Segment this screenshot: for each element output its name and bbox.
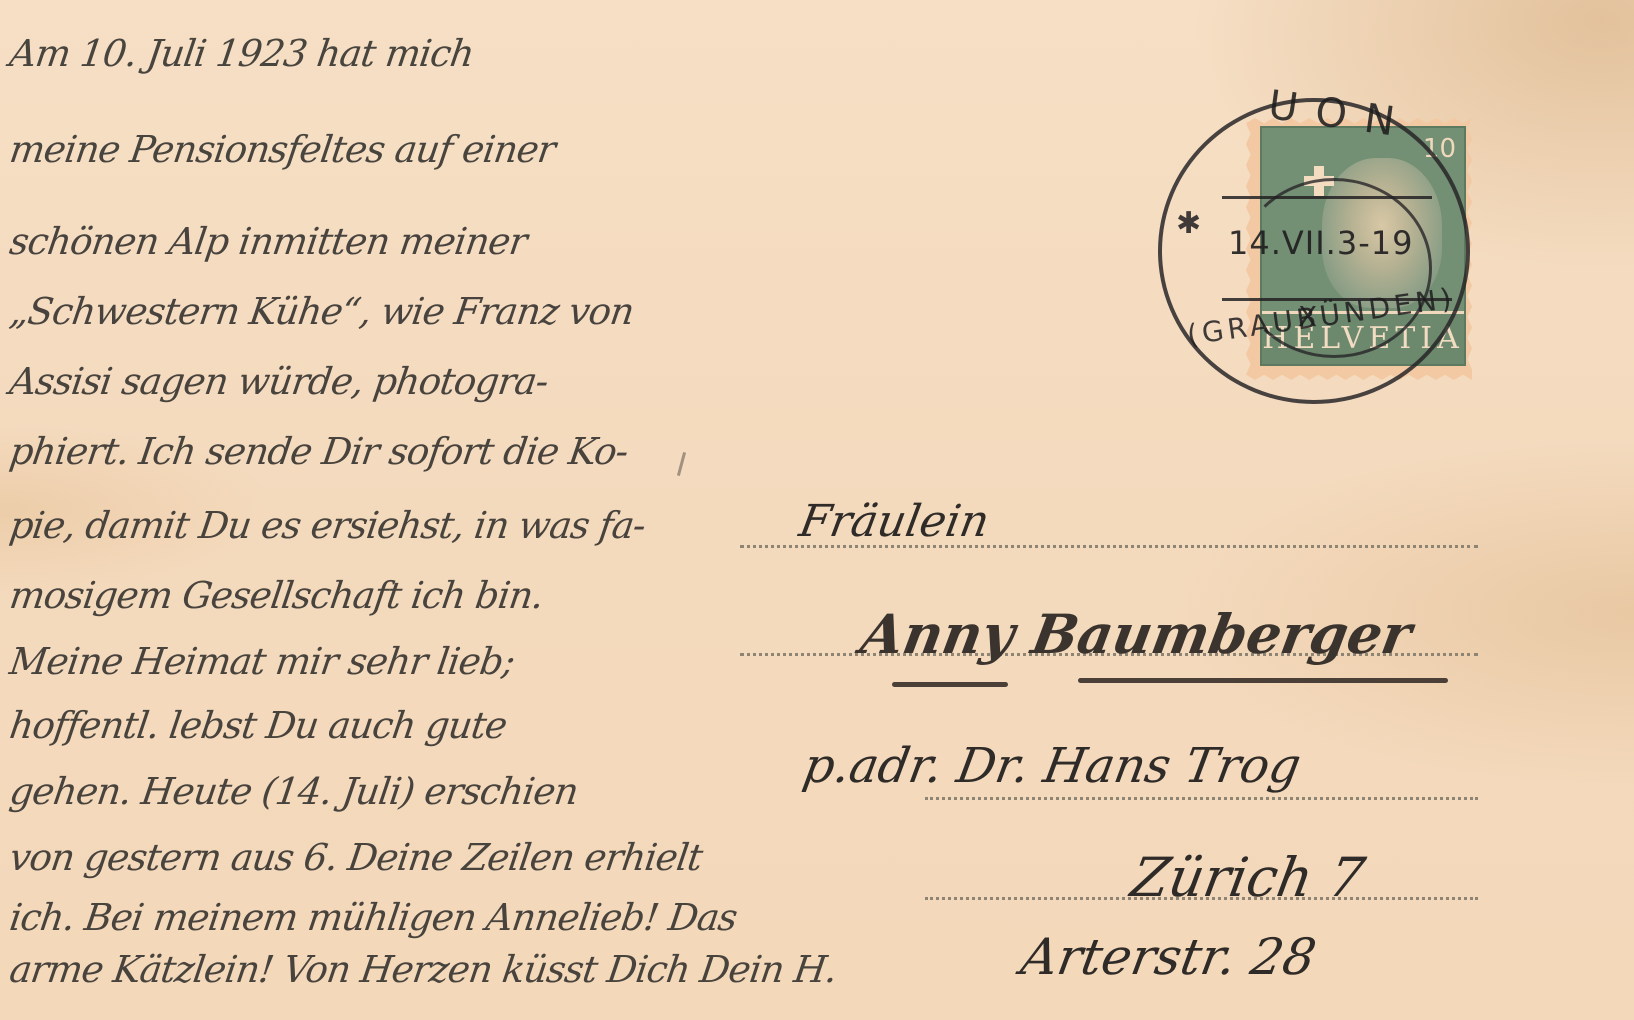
address-street: Arterstr. 28 <box>1017 928 1320 986</box>
name-underline <box>1078 678 1448 683</box>
address-care-of: p.adr. Dr. Hans Trog <box>799 738 1305 794</box>
message-line: gehen. Heute (14. Juli) erschien <box>7 770 580 813</box>
message-line: schönen Alp inmitten meiner <box>7 220 529 263</box>
message-line: „Schwestern Kühe“, wie Franz von <box>7 290 636 333</box>
postcard: Am 10. Juli 1923 hat mich meine Pensions… <box>0 0 1634 1020</box>
star-icon: ✱ <box>1176 206 1201 241</box>
postmark-bar <box>1222 196 1432 199</box>
message-line: Assisi sagen würde, photogra- <box>7 360 551 403</box>
message-line: pie, damit Du es ersiehst, in was fa- <box>7 504 648 547</box>
address-salutation: Fräulein <box>796 496 994 547</box>
message-line: von gestern aus 6. Deine Zeilen erhielt <box>7 836 705 879</box>
message-line: Meine Heimat mir sehr lieb; <box>7 640 517 683</box>
message-line: mosigem Gesellschaft ich bin. <box>7 574 546 617</box>
ink-blot <box>677 452 686 476</box>
address-city: Zürich 7 <box>1126 846 1369 909</box>
address-name: Anny Baumberger <box>856 602 1416 666</box>
message-line: arme Kätzlein! Von Herzen küsst Dich Dei… <box>7 948 839 991</box>
message-line: phiert. Ich sende Dir sofort die Ko- <box>7 430 630 473</box>
message-line: hoffentl. lebst Du auch gute <box>7 704 509 747</box>
postmark-date: 14.VII.3-19 <box>1228 224 1413 262</box>
name-underline <box>892 682 1008 687</box>
message-line: meine Pensionsfeltes auf einer <box>7 128 558 171</box>
message-line: ich. Bei meinem mühligen Annelieb! Das <box>7 896 739 939</box>
message-line: Am 10. Juli 1923 hat mich <box>7 32 476 75</box>
address-rule-line <box>925 797 1478 800</box>
